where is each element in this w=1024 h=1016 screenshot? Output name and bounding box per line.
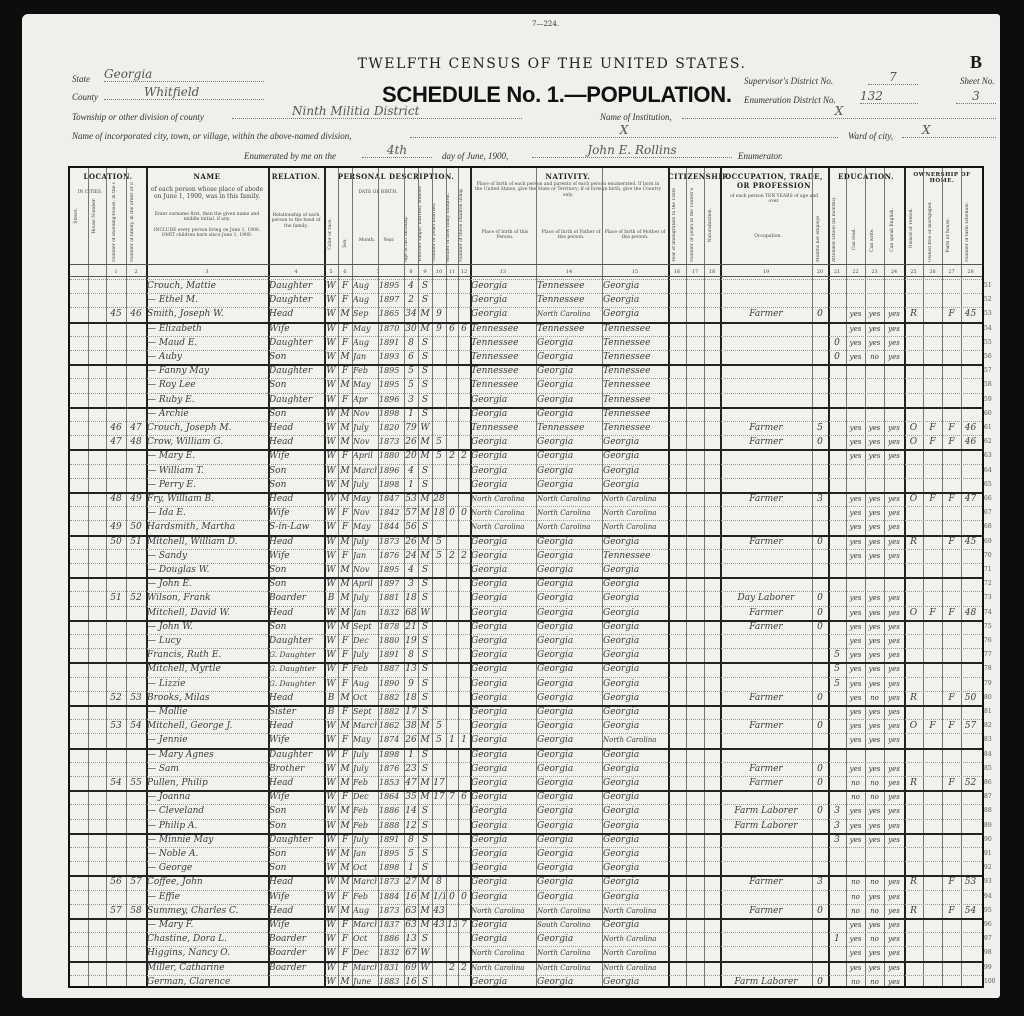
cell-own: O (905, 719, 922, 733)
cell-color: W (325, 918, 337, 932)
table-row[interactable]: — Mary AgnesDaughterWFJuly18981SGeorgiaG… (70, 748, 982, 762)
table-row[interactable]: Mitchell, David W.HeadWMJan183268WGeorgi… (70, 606, 982, 620)
cell-free: F (924, 606, 941, 620)
cell-year: 1895 (379, 279, 403, 293)
speak-english-header: Can speak English. (890, 208, 895, 252)
cell-name: Francis, Ruth E. (147, 648, 267, 662)
cell-write: no (866, 691, 883, 705)
cell-sched: 46 (962, 421, 979, 435)
cell-year: 1864 (379, 790, 403, 804)
cell-eng: yes (885, 634, 903, 648)
table-row[interactable]: — LizzieG. DaughterWFAug18909SGeorgiaGeo… (70, 677, 982, 691)
table-row[interactable]: 5051Mitchell, William D.HeadWMJuly187326… (70, 535, 982, 549)
cell-sex: M (339, 492, 351, 506)
cell-month: July (353, 478, 377, 492)
cell-sex: M (339, 719, 351, 733)
cell-bf: Georgia (537, 478, 601, 492)
line-number: 89 (984, 822, 992, 829)
cell-name: — Jennie (147, 733, 267, 747)
table-row[interactable]: — Perry E.SonWMJuly18981SGeorgiaGeorgiaG… (70, 478, 982, 492)
cell-name: — Mary Agnes (147, 748, 267, 762)
cell-bf: Georgia (537, 762, 601, 776)
cell-eng: yes (885, 705, 903, 719)
table-row[interactable]: — ElizabethWifeWFMay187030M966TennesseeT… (70, 322, 982, 336)
cell-mo: 0 (447, 506, 457, 520)
cell-month: Jan (353, 350, 377, 364)
cell-write: yes (866, 946, 883, 960)
cell-write: yes (866, 506, 883, 520)
cell-sex: F (339, 932, 351, 946)
cell-month: Feb (353, 776, 377, 790)
table-row[interactable]: 5758Summey, Charles C.HeadWMAug187363M43… (70, 904, 982, 918)
table-row[interactable]: Crouch, MattieDaughterWFAug18954SGeorgia… (70, 279, 982, 293)
cell-bf: Georgia (537, 549, 601, 563)
cell-color: W (325, 776, 337, 790)
cell-age: 68 (405, 606, 417, 620)
cell-sched: 52 (962, 776, 979, 790)
cell-ym: 5 (433, 535, 445, 549)
cell-write: yes (866, 804, 883, 818)
cell-write: no (866, 932, 883, 946)
cell-marital: S (419, 861, 431, 875)
cell-sex: M (339, 975, 351, 989)
cell-color: W (325, 932, 337, 946)
cell-read: yes (847, 549, 864, 563)
cell-sched: 45 (962, 535, 979, 549)
cell-relation: Son (269, 577, 323, 591)
cell-age: 67 (405, 946, 417, 960)
cell-bp: North Carolina (471, 520, 535, 534)
cell-month: April (353, 577, 377, 591)
cell-read: yes (847, 421, 864, 435)
cell-farm: F (943, 435, 960, 449)
table-row[interactable]: Mitchell, MyrtleG. DaughterWFFeb188713SG… (70, 662, 982, 676)
cell-relation: Daughter (269, 833, 323, 847)
cell-sex: F (339, 506, 351, 520)
cell-name: — Fanny May (147, 364, 267, 378)
cell-farm: F (943, 875, 960, 889)
table-row[interactable]: — LucyDaughterWFDec188019SGeorgiaGeorgia… (70, 634, 982, 648)
cell-write: yes (866, 336, 883, 350)
cell-relation: Daughter (269, 336, 323, 350)
table-row[interactable]: — William T.SonWMMarch18964SGeorgiaGeorg… (70, 464, 982, 478)
line-number: 81 (984, 708, 992, 715)
cell-unemp: 0 (813, 435, 827, 449)
cell-relation: Boarder (269, 961, 323, 975)
table-row[interactable]: — AubySonWMJan18936STennesseeGeorgiaTenn… (70, 350, 982, 364)
cell-sex: F (339, 890, 351, 904)
table-row[interactable]: 4546Smith, Joseph W.HeadWMSep186534M9Geo… (70, 307, 982, 321)
table-row[interactable]: Miller, CatharineBoarderWFMarch183169W22… (70, 961, 982, 975)
cell-read: yes (847, 535, 864, 549)
cell-eng: yes (885, 790, 903, 804)
cell-color: W (325, 279, 337, 293)
cell-marital: S (419, 350, 431, 364)
cell-read: yes (847, 691, 864, 705)
cell-occ: Farmer (721, 535, 811, 549)
cell-bp: Georgia (471, 677, 535, 691)
cell-name: — Auby (147, 350, 267, 364)
cell-sched: 54 (962, 904, 979, 918)
cell-year: 1898 (379, 407, 403, 421)
cell-relation: Sister (269, 705, 323, 719)
cell-school: 5 (829, 648, 845, 662)
table-row[interactable]: — JoannaWifeWFDec186435M1776GeorgiaGeorg… (70, 790, 982, 804)
cell-bf: Tennessee (537, 421, 601, 435)
cell-year: 1873 (379, 875, 403, 889)
cell-color: W (325, 464, 337, 478)
cell-color: B (325, 705, 337, 719)
cell-relation: Daughter (269, 364, 323, 378)
table-row[interactable]: — Douglas W.SonWMNov18954SGeorgiaGeorgia… (70, 563, 982, 577)
table-row[interactable]: Chastine, Dora L.BoarderWFOct188613SGeor… (70, 932, 982, 946)
cell-age: 14 (405, 804, 417, 818)
cell-unemp: 0 (813, 904, 827, 918)
cell-eng: yes (885, 691, 903, 705)
occupation-description: of each person TEN YEARS of age and over… (724, 194, 824, 205)
cell-write: yes (866, 819, 883, 833)
cell-eng: yes (885, 322, 903, 336)
cell-name: — Ethel M. (147, 293, 267, 307)
cell-ym: 9 (433, 322, 445, 336)
line-number: 74 (984, 609, 992, 616)
column-number: 27 (942, 269, 961, 275)
table-row[interactable]: 4849Fry, William B.HeadWMMay184753M28Nor… (70, 492, 982, 506)
cell-month: Nov (353, 506, 377, 520)
cell-bp: Georgia (471, 932, 535, 946)
cell-marital: M (419, 733, 431, 747)
can-write-header: Can write. (870, 228, 875, 252)
cell-age: 63 (405, 918, 417, 932)
cell-age: 57 (405, 506, 417, 520)
cell-marital: M (419, 790, 431, 804)
cell-year: 1896 (379, 464, 403, 478)
table-row[interactable]: — Ethel M.DaughterWFAug18972SGeorgiaTenn… (70, 293, 982, 307)
cell-relation: Daughter (269, 634, 323, 648)
table-row[interactable]: — Minnie MayDaughterWFJuly18918SGeorgiaG… (70, 833, 982, 847)
cell-relation: Wife (269, 449, 323, 463)
cell-name: — Philip A. (147, 819, 267, 833)
cell-bm: Tennessee (603, 336, 667, 350)
cell-bf: Georgia (537, 890, 601, 904)
table-row[interactable]: 5152Wilson, FrankBoarderBMJuly188118SGeo… (70, 591, 982, 605)
county-value: Whitfield (104, 85, 264, 100)
cell-bm: Tennessee (603, 322, 667, 336)
cell-marital: M (419, 449, 431, 463)
cell-year: 1897 (379, 293, 403, 307)
cell-month: Jan (353, 606, 377, 620)
cell-farm: F (943, 307, 960, 321)
cell-color: W (325, 322, 337, 336)
column-number: 1 (106, 269, 126, 275)
cell-color: W (325, 819, 337, 833)
cell-write: yes (866, 435, 883, 449)
cell-eng: yes (885, 904, 903, 918)
cell-li: 2 (459, 961, 469, 975)
table-row[interactable]: 4950Hardsmith, MarthaS-in-LawWFMay184456… (70, 520, 982, 534)
table-row[interactable]: — Philip A.SonWMFeb188812SGeorgiaGeorgia… (70, 819, 982, 833)
education-header: EDUCATION. (828, 172, 904, 181)
cell-month: May (353, 322, 377, 336)
cell-bm: Georgia (603, 762, 667, 776)
table-row[interactable]: — Ida E.WifeWFNov184257M1800North Caroli… (70, 506, 982, 520)
table-row[interactable]: — JennieWifeWFMay187426M511GeorgiaGeorgi… (70, 733, 982, 747)
cell-relation: Son (269, 478, 323, 492)
cell-name: — Roy Lee (147, 378, 267, 392)
cell-sex: M (339, 691, 351, 705)
cell-bp: Georgia (471, 435, 535, 449)
cell-bp: Georgia (471, 307, 535, 321)
cell-bm: Georgia (603, 577, 667, 591)
cell-marital: S (419, 932, 431, 946)
cell-eng: yes (885, 875, 903, 889)
table-row[interactable]: — Roy LeeSonWMMay18955STennesseeGeorgiaT… (70, 378, 982, 392)
cell-eng: yes (885, 733, 903, 747)
cell-year: 1844 (379, 520, 403, 534)
cell-age: 5 (405, 847, 417, 861)
cell-sex: M (339, 407, 351, 421)
line-number: 87 (984, 793, 992, 800)
name-description: of each person whose place of abode on J… (150, 186, 264, 200)
cell-read: no (847, 904, 864, 918)
table-row[interactable]: — MollieSisterBFSept188217SGeorgiaGeorgi… (70, 705, 982, 719)
cell-eng: yes (885, 819, 903, 833)
cell-ym: 8 (433, 875, 445, 889)
cell-sex: F (339, 918, 351, 932)
cell-sex: F (339, 677, 351, 691)
cell-marital: S (419, 634, 431, 648)
line-number: 61 (984, 424, 992, 431)
cell-age: 63 (405, 904, 417, 918)
table-row[interactable]: 5253Brooks, MilasHeadBMOct188218SGeorgia… (70, 691, 982, 705)
cell-eng: yes (885, 918, 903, 932)
cell-li: 0 (459, 890, 469, 904)
cell-bf: Georgia (537, 606, 601, 620)
table-row[interactable]: — Fanny MayDaughterWFFeb18955STennesseeG… (70, 364, 982, 378)
cell-name: Mitchell, Myrtle (147, 662, 267, 676)
table-row[interactable]: 5657Coffee, JohnHeadWMMarch187327M8Georg… (70, 875, 982, 889)
cell-occ: Farmer (721, 719, 811, 733)
cell-family: 51 (127, 535, 145, 549)
line-number: 78 (984, 665, 992, 672)
cell-ym: 5 (433, 719, 445, 733)
cell-name: Crow, William G. (147, 435, 267, 449)
cell-year: 1862 (379, 719, 403, 733)
cell-marital: S (419, 563, 431, 577)
cell-age: 23 (405, 762, 417, 776)
cell-sex: M (339, 819, 351, 833)
cell-bf: Georgia (537, 932, 601, 946)
month-header: Month. (356, 238, 378, 243)
cell-mo: 6 (447, 322, 457, 336)
cell-color: W (325, 634, 337, 648)
cell-sex: F (339, 705, 351, 719)
line-number: 88 (984, 807, 992, 814)
cell-name: Brooks, Milas (147, 691, 267, 705)
years-in-us-header: Number of years in the United States. (690, 188, 695, 262)
cell-marital: W (419, 961, 431, 975)
table-row[interactable]: — SandyWifeWFJan187624M522GeorgiaGeorgia… (70, 549, 982, 563)
cell-age: 1 (405, 478, 417, 492)
cell-sex: F (339, 634, 351, 648)
cell-name: — Maud E. (147, 336, 267, 350)
cell-month: Sep (353, 307, 377, 321)
street-header: Street. (74, 208, 79, 224)
occupation-column-header: Occupation. (724, 234, 812, 239)
table-row[interactable]: — ClevelandSonWMFeb188614SGeorgiaGeorgia… (70, 804, 982, 818)
cell-color: W (325, 961, 337, 975)
table-row[interactable]: Higgins, Nancy O.BoarderWFDec183267WNort… (70, 946, 982, 960)
state-label: State (72, 74, 90, 84)
cell-sex: F (339, 364, 351, 378)
cell-bf: Georgia (537, 833, 601, 847)
column-number: 20 (812, 269, 828, 275)
cell-color: W (325, 307, 337, 321)
cell-name: — Joanna (147, 790, 267, 804)
table-row[interactable]: — Noble A.SonWMJan18955SGeorgiaGeorgiaGe… (70, 847, 982, 861)
cell-bp: Tennessee (471, 350, 535, 364)
cell-school: 3 (829, 819, 845, 833)
city-label: Name of incorporated city, town, or vill… (72, 131, 351, 141)
location-header: LOCATION. (70, 172, 146, 181)
cell-age: 26 (405, 535, 417, 549)
cell-dwelling: 49 (107, 520, 125, 534)
cell-eng: yes (885, 549, 903, 563)
column-number: 23 (865, 269, 884, 275)
enumeration-district-value: 132 (860, 89, 918, 104)
cell-bf: Georgia (537, 563, 601, 577)
cell-color: W (325, 535, 337, 549)
cell-color: W (325, 748, 337, 762)
table-row[interactable]: 5354Mitchell, George J.HeadWMMarch186238… (70, 719, 982, 733)
cell-year: 1853 (379, 776, 403, 790)
table-row[interactable]: — John W.SonWMSept187821SGeorgiaGeorgiaG… (70, 620, 982, 634)
table-row[interactable]: 4748Crow, William G.HeadWMNov187326M5Geo… (70, 435, 982, 449)
cell-free: F (924, 435, 941, 449)
table-row[interactable]: — Mary F.WifeWFMarch183763M43137GeorgiaS… (70, 918, 982, 932)
table-row[interactable]: — Mary E.WifeWFApril188020M522GeorgiaGeo… (70, 449, 982, 463)
cell-relation: Wife (269, 322, 323, 336)
cell-unemp: 0 (813, 535, 827, 549)
column-number: 10 (432, 269, 446, 275)
cell-eng: yes (885, 591, 903, 605)
cell-eng: yes (885, 506, 903, 520)
cell-relation: G. Daughter (269, 677, 323, 691)
cell-write: yes (866, 535, 883, 549)
cell-bf: Georgia (537, 662, 601, 676)
cell-bp: Georgia (471, 762, 535, 776)
cell-bm: Georgia (603, 804, 667, 818)
cell-year: 1888 (379, 819, 403, 833)
cell-bp: Georgia (471, 478, 535, 492)
cell-unemp: 0 (813, 776, 827, 790)
cell-month: May (353, 520, 377, 534)
cell-bp: Tennessee (471, 336, 535, 350)
table-row[interactable]: — Maud E.DaughterWFAug18918STennesseeGeo… (70, 336, 982, 350)
cell-unemp: 0 (813, 307, 827, 321)
table-row[interactable]: — EffieWifeWFFeb188416M1/1200GeorgiaGeor… (70, 890, 982, 904)
cell-bf: Georgia (537, 620, 601, 634)
line-number: 62 (984, 438, 992, 445)
cell-relation: Wife (269, 733, 323, 747)
enumerated-day: 4th (362, 143, 432, 158)
cell-sched: 46 (962, 435, 979, 449)
cell-sex: M (339, 378, 351, 392)
cell-name: — Mary F. (147, 918, 267, 932)
cell-eng: yes (885, 804, 903, 818)
table-row[interactable]: — Ruby E.DaughterWFApr18963SGeorgiaGeorg… (70, 393, 982, 407)
table-row[interactable]: Francis, Ruth E.G. DaughterWFJuly18918SG… (70, 648, 982, 662)
cell-age: 24 (405, 549, 417, 563)
cell-bm: Georgia (603, 307, 667, 321)
cell-occ: Farmer (721, 620, 811, 634)
cell-color: W (325, 492, 337, 506)
line-number: 59 (984, 396, 992, 403)
cell-bm: Tennessee (603, 393, 667, 407)
cell-dwelling: 47 (107, 435, 125, 449)
cell-month: March (353, 719, 377, 733)
cell-color: W (325, 364, 337, 378)
table-row[interactable]: — John E.SonWMApril18973SGeorgiaGeorgiaG… (70, 577, 982, 591)
cell-name: — Mollie (147, 705, 267, 719)
table-row[interactable]: — GeorgeSonWMOct18981SGeorgiaGeorgiaGeor… (70, 861, 982, 875)
table-row[interactable]: — SamBrotherWMJuly187623SGeorgiaGeorgiaG… (70, 762, 982, 776)
cell-eng: yes (885, 890, 903, 904)
cell-read: yes (847, 733, 864, 747)
cell-read: yes (847, 918, 864, 932)
cell-school: 5 (829, 677, 845, 691)
header-divider (70, 276, 982, 277)
cell-marital: S (419, 591, 431, 605)
cell-age: 35 (405, 790, 417, 804)
cell-write: yes (866, 591, 883, 605)
cell-year: 1882 (379, 705, 403, 719)
line-number: 99 (984, 964, 992, 971)
cell-color: W (325, 875, 337, 889)
cell-month: Feb (353, 364, 377, 378)
column-number: 16 (668, 269, 686, 275)
cell-marital: S (419, 975, 431, 989)
table-row[interactable]: 4647Crouch, Joseph M.HeadWMJuly182079WTe… (70, 421, 982, 435)
cell-bp: Georgia (471, 591, 535, 605)
cell-own: O (905, 421, 922, 435)
cell-bf: Georgia (537, 790, 601, 804)
table-row[interactable]: German, ClarenceWMJune188316SGeorgiaGeor… (70, 975, 982, 989)
column-number: 22 (846, 269, 865, 275)
line-number: 80 (984, 694, 992, 701)
cell-month: Jan (353, 847, 377, 861)
cell-marital: S (419, 464, 431, 478)
table-row[interactable]: 5455Pullen, PhilipHeadWMFeb185347M17Geor… (70, 776, 982, 790)
cell-bp: North Carolina (471, 961, 535, 975)
cell-sex: M (339, 563, 351, 577)
cell-relation: Daughter (269, 393, 323, 407)
cell-marital: S (419, 762, 431, 776)
cell-bp: Georgia (471, 606, 535, 620)
cell-age: 56 (405, 520, 417, 534)
cell-bf: Georgia (537, 975, 601, 989)
cell-year: 1873 (379, 904, 403, 918)
table-row[interactable]: — ArchieSonWMNov18981SGeorgiaGeorgiaTenn… (70, 407, 982, 421)
cell-eng: yes (885, 520, 903, 534)
cell-month: Sept (353, 620, 377, 634)
cell-bp: Georgia (471, 563, 535, 577)
cell-eng: yes (885, 762, 903, 776)
cell-bp: Georgia (471, 464, 535, 478)
birth-mother-header: Place of birth of Mother of this person. (604, 230, 666, 241)
cell-free: F (924, 492, 941, 506)
cell-family: 52 (127, 591, 145, 605)
